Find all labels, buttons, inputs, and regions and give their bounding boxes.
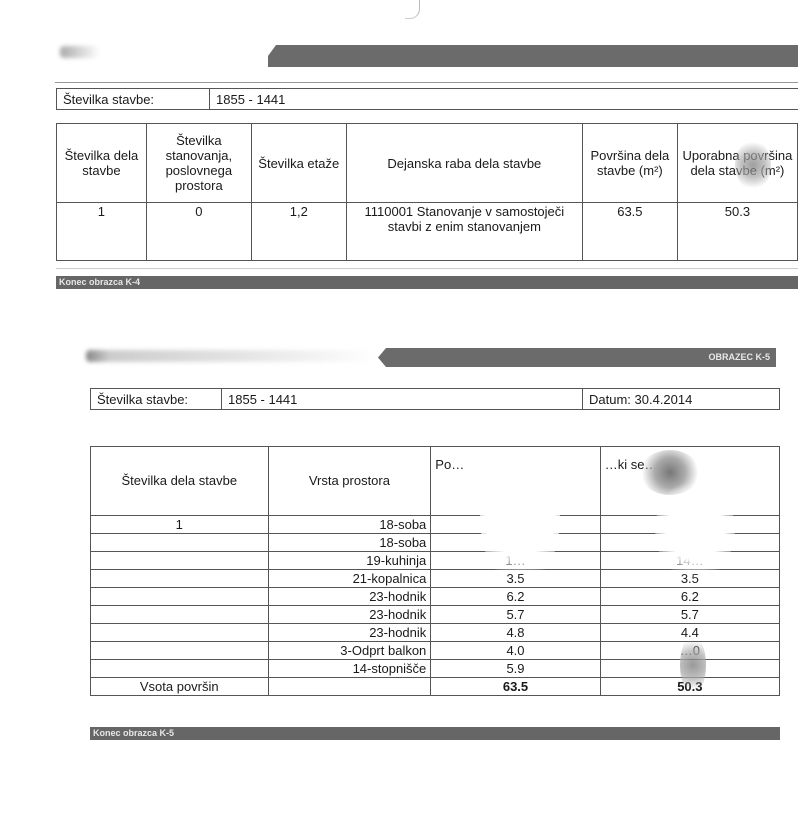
col-header-area: Površina dela stavbe (m²) — [582, 124, 677, 203]
cell-part-number — [91, 660, 269, 678]
cell-part-number — [91, 606, 269, 624]
divider — [56, 268, 798, 269]
table-row: 1 0 1,2 1110001 Stanovanje v samostoječi… — [57, 203, 798, 261]
cell-room-type: 14-stopnišče — [268, 660, 431, 678]
cell-part-number — [91, 642, 269, 660]
cell-room-type: 18-soba — [268, 534, 431, 552]
table-row: 23-hodnik4.84.4 — [91, 624, 780, 642]
table-row: 14-stopnišče5.9 — [91, 660, 780, 678]
cell-area: 6.2 — [431, 588, 600, 606]
cell-room-type: 23-hodnik — [268, 624, 431, 642]
cell-usable-area: 5.7 — [600, 606, 779, 624]
k5-header-logo-smudge — [86, 350, 376, 362]
cell-room-type: 19-kuhinja — [268, 552, 431, 570]
k5-footer-band: Konec obrazca K-5 — [90, 727, 780, 740]
k4-header-logo-smudge — [60, 46, 100, 58]
cell-floor-number: 1,2 — [251, 203, 346, 261]
cell-area: 63.5 — [431, 678, 600, 696]
cell-part-number: 1 — [91, 516, 269, 534]
cell-room-type: 3-Odprt balkon — [268, 642, 431, 660]
cell-room-type: 18-soba — [268, 516, 431, 534]
cell-area: 5.9 — [431, 660, 600, 678]
table-header-row: Številka dela stavbe Številka stanovanja… — [57, 124, 798, 203]
binding-mark — [405, 0, 420, 19]
ink-blot — [735, 140, 771, 190]
table-row: 23-hodnik5.75.7 — [91, 606, 780, 624]
col-header-actual-use: Dejanska raba dela stavbe — [346, 124, 582, 203]
building-number-value: 1855 - 1441 — [222, 389, 582, 409]
cell-room-type: 21-kopalnica — [268, 570, 431, 588]
k4-building-number-row: Številka stavbe: 1855 - 1441 — [56, 88, 798, 110]
whiteout-smudge — [480, 455, 560, 585]
col-header-unit-number: Številka stanovanja, poslovnega prostora — [146, 124, 251, 203]
cell-part-number — [91, 624, 269, 642]
cell-part-number — [91, 570, 269, 588]
cell-room-type: 23-hodnik — [268, 606, 431, 624]
cell-area: 63.5 — [582, 203, 677, 261]
cell-usable-area: 6.2 — [600, 588, 779, 606]
k5-header-band: OBRAZEC K-5 — [378, 348, 776, 367]
k5-building-number-row: Številka stavbe: 1855 - 1441 Datum: 30.4… — [90, 388, 780, 410]
cell-room-type — [268, 678, 431, 696]
whiteout-smudge — [655, 480, 735, 580]
k4-parts-table: Številka dela stavbe Številka stanovanja… — [56, 123, 798, 261]
cell-area: 4.0 — [431, 642, 600, 660]
cell-unit-number: 0 — [146, 203, 251, 261]
col-header-floor-number: Številka etaže — [251, 124, 346, 203]
cell-actual-use: 1110001 Stanovanje v samostoječi stavbi … — [346, 203, 582, 261]
cell-part-number — [91, 588, 269, 606]
building-number-value: 1855 - 1441 — [210, 89, 798, 109]
col-header-part-number: Številka dela stavbe — [57, 124, 147, 203]
table-row: 3-Odprt balkon4.0…0 — [91, 642, 780, 660]
cell-part-number: 1 — [57, 203, 147, 261]
sum-row: Vsota površin63.550.3 — [91, 678, 780, 696]
cell-room-type: 23-hodnik — [268, 588, 431, 606]
table-row: 23-hodnik6.26.2 — [91, 588, 780, 606]
col-header-part-number: Številka dela stavbe — [91, 447, 269, 516]
divider — [55, 82, 798, 83]
building-number-label: Številka stavbe: — [91, 389, 222, 409]
ink-blot — [680, 635, 706, 695]
k4-header-band — [268, 45, 798, 67]
cell-area: 5.7 — [431, 606, 600, 624]
cell-part-number — [91, 552, 269, 570]
cell-part-number — [91, 534, 269, 552]
col-header-room-type: Vrsta prostora — [268, 447, 431, 516]
cell-area: 4.8 — [431, 624, 600, 642]
cell-usable-area: 50.3 — [677, 203, 797, 261]
sum-label: Vsota površin — [91, 678, 269, 696]
k4-footer-band: Konec obrazca K-4 — [56, 276, 798, 289]
building-number-label: Številka stavbe: — [57, 89, 210, 109]
date-field: Datum: 30.4.2014 — [582, 389, 779, 409]
